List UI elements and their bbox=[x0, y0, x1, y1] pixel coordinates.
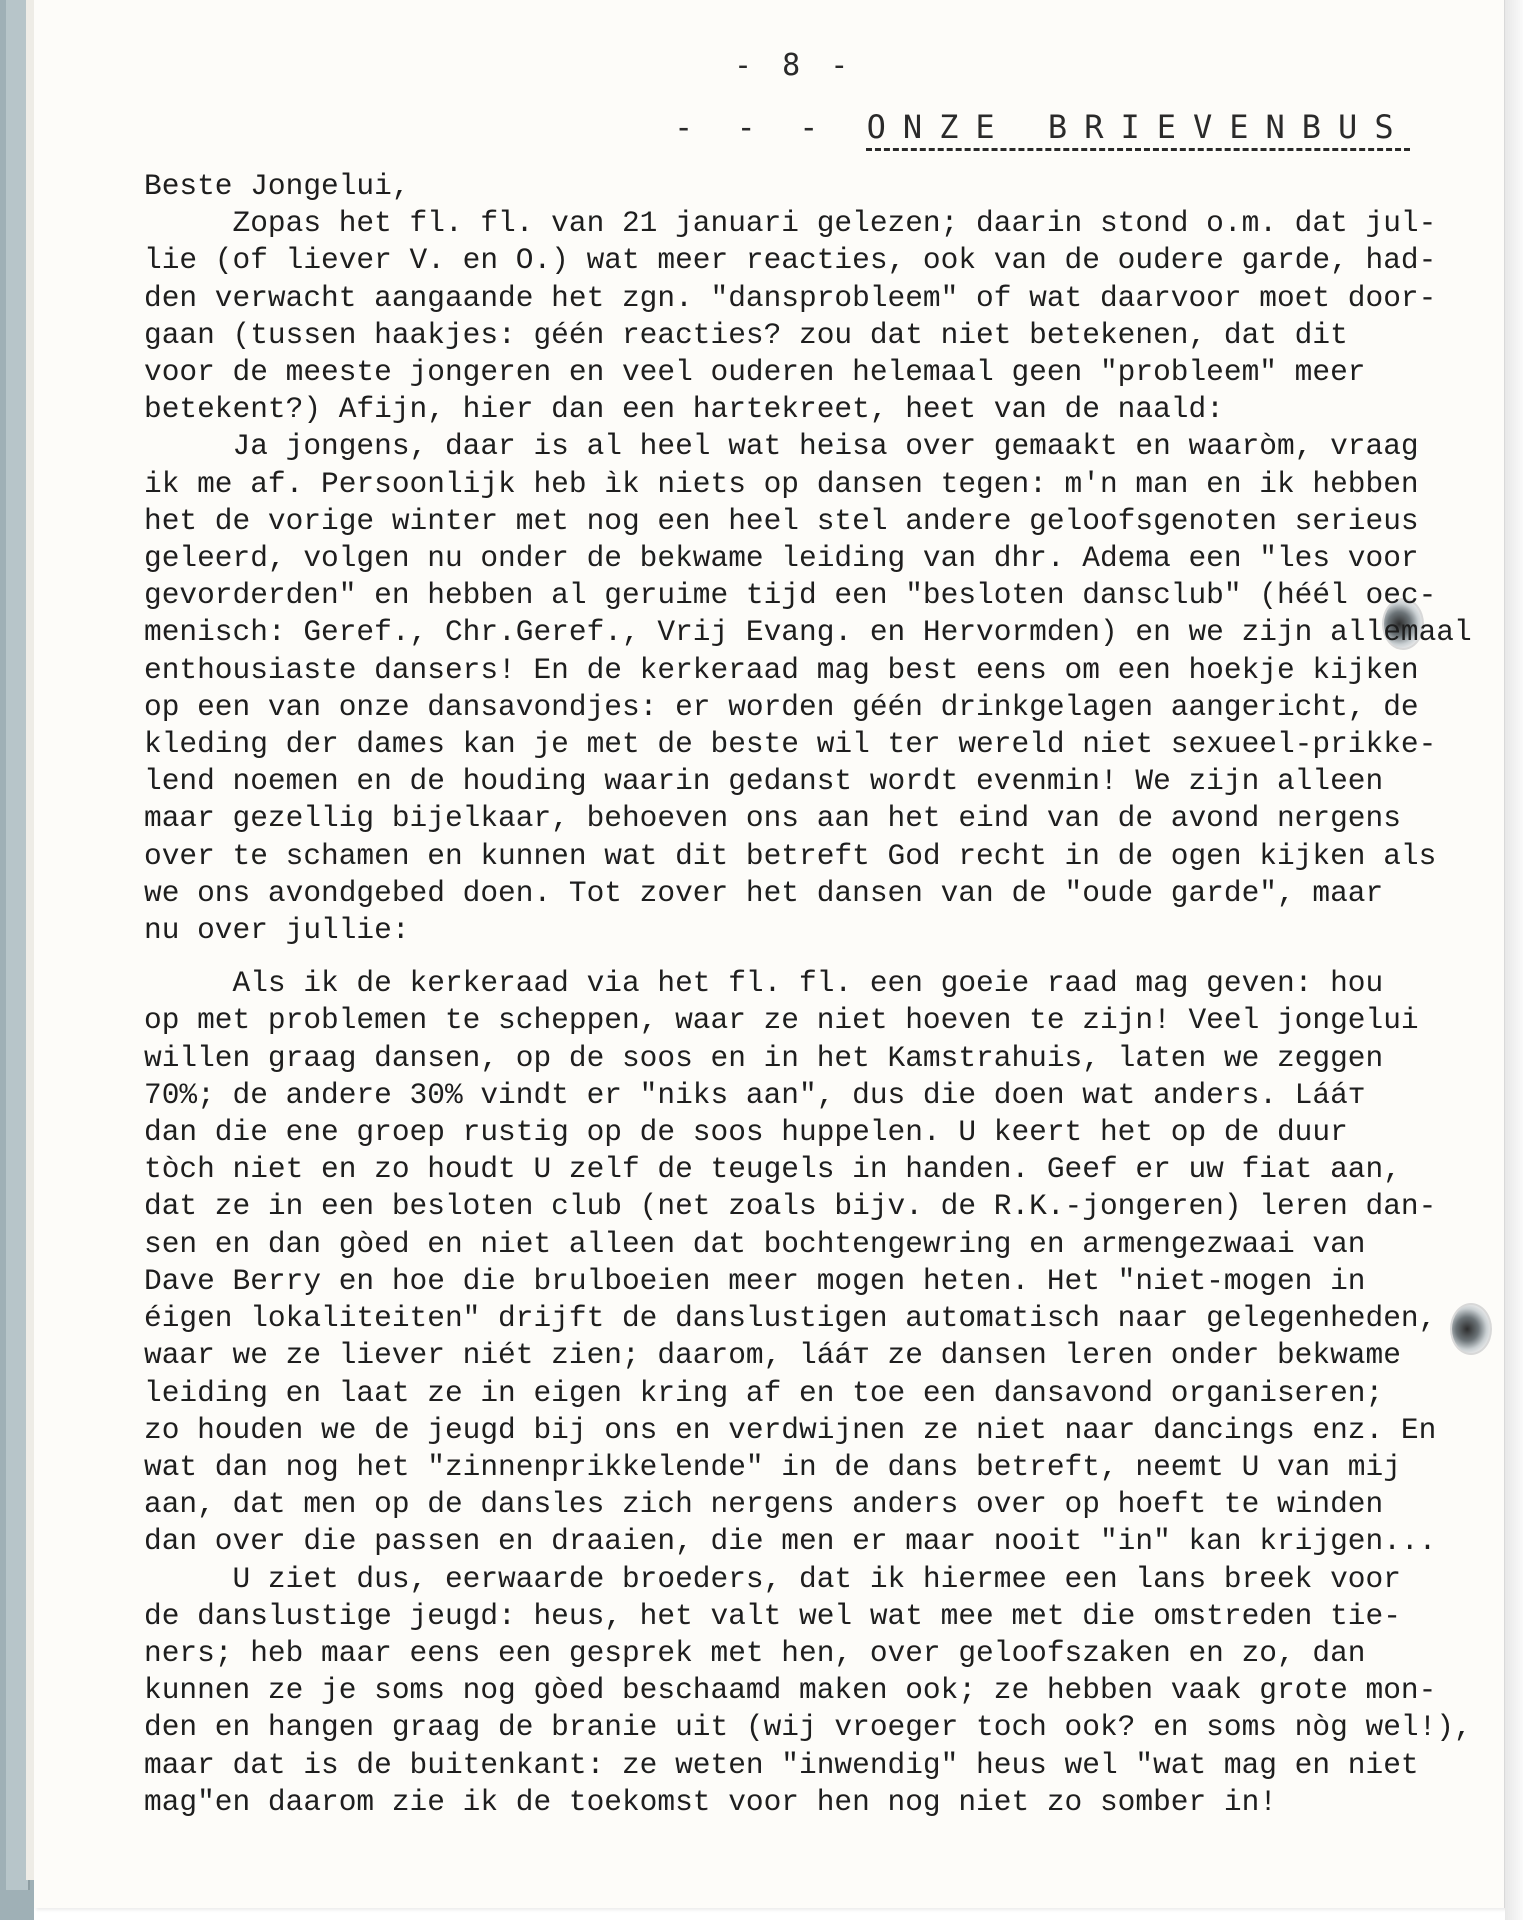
text-line: lie (of liever V. en O.) wat meer reacti… bbox=[144, 242, 1504, 279]
text-line: den en hangen graag de branie uit (wij v… bbox=[144, 1709, 1504, 1746]
text-line: het de vorige winter met nog een heel st… bbox=[144, 503, 1504, 540]
text-line: zo houden we de jeugd bij ons en verdwij… bbox=[144, 1412, 1504, 1449]
text-line: waar we ze liever niét zien; daarom, láá… bbox=[144, 1337, 1504, 1374]
text-line: voor de meeste jongeren en veel ouderen … bbox=[144, 354, 1504, 391]
text-line: gevorderden" en hebben al geruime tijd e… bbox=[144, 577, 1504, 614]
text-line: kleding der dames kan je met de beste wi… bbox=[144, 726, 1504, 763]
text-line: ners; heb maar eens een gesprek met hen,… bbox=[144, 1635, 1504, 1672]
background-edge bbox=[1505, 0, 1523, 1920]
text-line: sen en dan gòed en niet alleen dat bocht… bbox=[144, 1226, 1504, 1263]
text-line: den verwacht aangaande het zgn. "danspro… bbox=[144, 280, 1504, 317]
text-line: wat dan nog het "zinnenprikkelende" in d… bbox=[144, 1449, 1504, 1486]
letter-body: Beste Jongelui, Zopas het fl. fl. van 21… bbox=[144, 168, 1504, 1821]
text-line: geleerd, volgen nu onder de bekwame leid… bbox=[144, 540, 1504, 577]
text-line: enthousiaste dansers! En de kerkeraad ma… bbox=[144, 652, 1504, 689]
heading-title: ONZE BRIEVENBUS bbox=[867, 108, 1411, 146]
text-line: nu over jullie: bbox=[144, 912, 1504, 949]
text-line: éigen lokaliteiten" drijft de danslustig… bbox=[144, 1300, 1504, 1337]
text-line: Ja jongens, daar is al heel wat heisa ov… bbox=[144, 428, 1504, 465]
text-line: op met problemen te scheppen, waar ze ni… bbox=[144, 1002, 1504, 1039]
text-line: betekent?) Afijn, hier dan een hartekree… bbox=[144, 391, 1504, 428]
text-line: we ons avondgebed doen. Tot zover het da… bbox=[144, 875, 1504, 912]
text-line: 70%; de andere 30% vindt er "niks aan", … bbox=[144, 1077, 1504, 1114]
text-line: lend noemen en de houding waarin gedanst… bbox=[144, 763, 1504, 800]
text-line: dan over die passen en draaien, die men … bbox=[144, 1523, 1504, 1560]
text-line: dat ze in een besloten club (net zoals b… bbox=[144, 1188, 1504, 1225]
salutation: Beste Jongelui, bbox=[144, 168, 1504, 205]
section-heading: - - - ONZE BRIEVENBUS bbox=[674, 108, 1411, 146]
text-line: ik me af. Persoonlijk heb ìk niets op da… bbox=[144, 466, 1504, 503]
text-line: gaan (tussen haakjes: géén reacties? zou… bbox=[144, 317, 1504, 354]
text-line: leiding en laat ze in eigen kring af en … bbox=[144, 1375, 1504, 1412]
text-line: tòch niet en zo houdt U zelf de teugels … bbox=[144, 1151, 1504, 1188]
text-line: U ziet dus, eerwaarde broeders, dat ik h… bbox=[144, 1561, 1504, 1598]
text-line: Als ik de kerkeraad via het fl. fl. een … bbox=[144, 965, 1504, 1002]
text-line: maar gezellig bijelkaar, behoeven ons aa… bbox=[144, 800, 1504, 837]
text-line: maar dat is de buitenkant: ze weten "inw… bbox=[144, 1747, 1504, 1784]
page-number: - 8 - bbox=[734, 48, 854, 83]
text-line: Zopas het fl. fl. van 21 januari gelezen… bbox=[144, 205, 1504, 242]
heading-dashes: - - - bbox=[674, 108, 830, 146]
text-line: dan die ene groep rustig op de soos hupp… bbox=[144, 1114, 1504, 1151]
text-line: Dave Berry en hoe die brulboeien meer mo… bbox=[144, 1263, 1504, 1300]
text-line: op een van onze dansavondjes: er worden … bbox=[144, 689, 1504, 726]
text-line: over te schamen en kunnen wat dit betref… bbox=[144, 838, 1504, 875]
text-line: aan, dat men op de dansles zich nergens … bbox=[144, 1486, 1504, 1523]
text-line: de danslustige jeugd: heus, het valt wel… bbox=[144, 1598, 1504, 1635]
text-line: willen graag dansen, op de soos en in he… bbox=[144, 1040, 1504, 1077]
text-line: mag"en daarom zie ik de toekomst voor he… bbox=[144, 1784, 1504, 1821]
text-line: menisch: Geref., Chr.Geref., Vrij Evang.… bbox=[144, 614, 1504, 651]
text-line: kunnen ze je soms nog gòed beschaamd mak… bbox=[144, 1672, 1504, 1709]
document-page: - 8 - - - - ONZE BRIEVENBUS Beste Jongel… bbox=[34, 0, 1507, 1908]
paragraph-gap bbox=[144, 949, 1504, 965]
